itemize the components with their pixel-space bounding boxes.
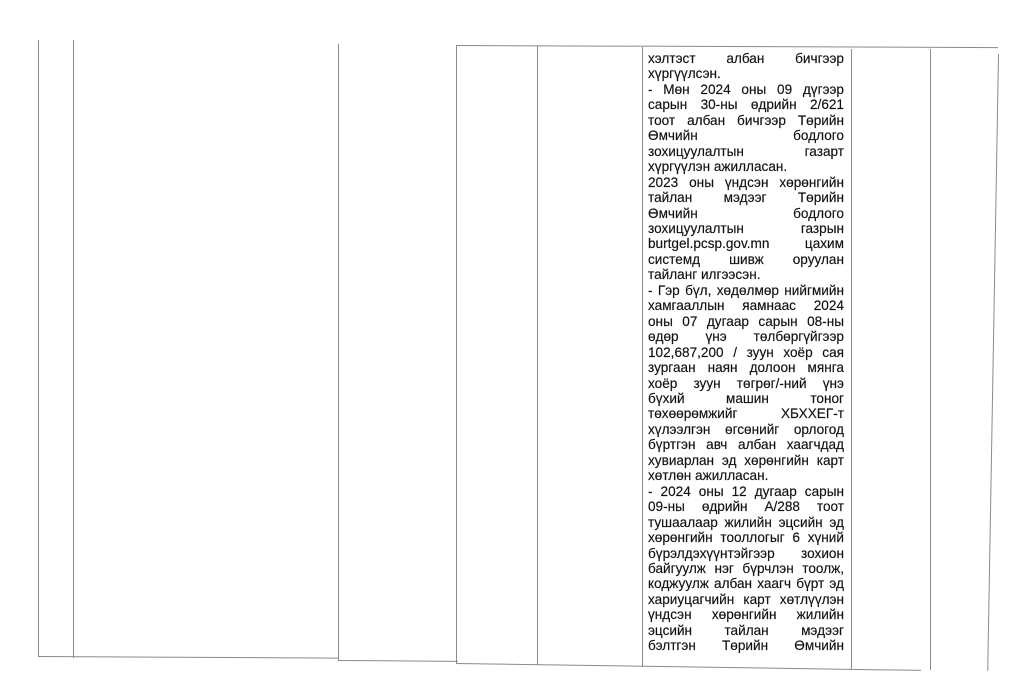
content-line: burtgel.pcsp.gov.mn цахим xyxy=(648,236,844,251)
content-line: коджуулж албан хаагч бүрт эд xyxy=(648,576,844,591)
content-line: зохицуулалтын газрын xyxy=(648,221,844,236)
right-table-column-divider-4 xyxy=(930,49,931,670)
content-line: өдөр үнэ төлбөргүйгээр xyxy=(648,329,844,344)
content-line: төхөөрөмжийг ХБХХЕГ-т xyxy=(648,406,844,421)
left-table-column-divider-1 xyxy=(73,40,74,658)
content-line: 102,687,200 / зуун хоёр сая xyxy=(648,345,844,360)
right-table-border-left xyxy=(456,45,457,663)
content-line: бүрэлдэхүүнтэйгээр зохион xyxy=(648,546,844,561)
content-line: сарын 30-ны өдрийн 2/621 xyxy=(648,97,844,112)
content-line: хэлтэст албан бичгээр xyxy=(648,51,844,66)
content-line: бүртгэн авч албан хаагчдад xyxy=(648,437,844,452)
content-line: - Мөн 2024 оны 09 дүгээр xyxy=(648,82,844,97)
content-line: бүхий машин тоног xyxy=(648,391,844,406)
content-line: эцсийн тайлан мэдээг xyxy=(648,623,844,638)
content-line: тайлан мэдээг Төрийн xyxy=(648,190,844,205)
content-line: системд шивж оруулан xyxy=(648,252,844,267)
content-line: хүлээлгэн өгсөнийг орлогод xyxy=(648,422,844,437)
content-line: хөрөнгийн тооллогыг 6 хүний xyxy=(648,530,844,545)
right-table-column-divider-1 xyxy=(537,46,538,665)
content-line: хамгааллын яамнаас 2024 xyxy=(648,298,844,313)
right-table-border-right xyxy=(987,54,999,671)
content-line: зургаан наян долоон мянга xyxy=(648,360,844,375)
content-line: 2023 оны үндсэн хөрөнгийн xyxy=(648,175,844,190)
content-line: оны 07 дугаар сарын 08-ны xyxy=(648,314,844,329)
content-line: зохицуулалтын газарт xyxy=(648,144,844,159)
left-table-column-divider-2 xyxy=(338,44,339,661)
content-line: хувиарлан эд хөрөнгийн карт xyxy=(648,453,844,468)
content-line: Өмчийн бодлого xyxy=(648,128,844,143)
content-line: тоот албан бичгээр Төрийн xyxy=(648,113,844,128)
content-line: хоёр зуун төгрөг/-ний үнэ xyxy=(648,376,844,391)
content-line: үндсэн хөрөнгийн жилийн xyxy=(648,607,844,622)
content-line: 09-ны өдрийн А/288 тоот xyxy=(648,499,844,514)
content-line: байгуулж нэг бүрчлэн тоолж, xyxy=(648,561,844,576)
content-cell-text: хэлтэст албан бичгээрхүргүүлсэн.- Мөн 20… xyxy=(648,51,844,654)
content-line: хүргүүлсэн. xyxy=(648,66,844,81)
content-line: хариуцагчийн карт хөтлүүлэн xyxy=(648,592,844,607)
content-line: бэлтгэн Төрийн Өмчийн xyxy=(648,638,844,653)
content-line: тайланг илгээсэн. xyxy=(648,267,844,282)
left-table-border-left xyxy=(38,40,39,657)
content-line: - Гэр бүл, хөдөлмөр нийгмийн xyxy=(648,283,844,298)
content-line: хүргүүлэн ажилласан. xyxy=(648,159,844,174)
content-line: Өмчийн бодлого xyxy=(648,206,844,221)
left-table-border-bottom xyxy=(38,656,338,659)
left-table-border-bottom-continued xyxy=(338,660,458,662)
right-table-column-divider-2 xyxy=(642,47,643,667)
content-line: тушаалаар жилийн эцсийн эд xyxy=(648,515,844,530)
right-table-column-divider-3 xyxy=(851,49,852,669)
content-line: - 2024 оны 12 дугаар сарын xyxy=(648,484,844,499)
content-line: хөтлөн ажилласан. xyxy=(648,468,844,483)
